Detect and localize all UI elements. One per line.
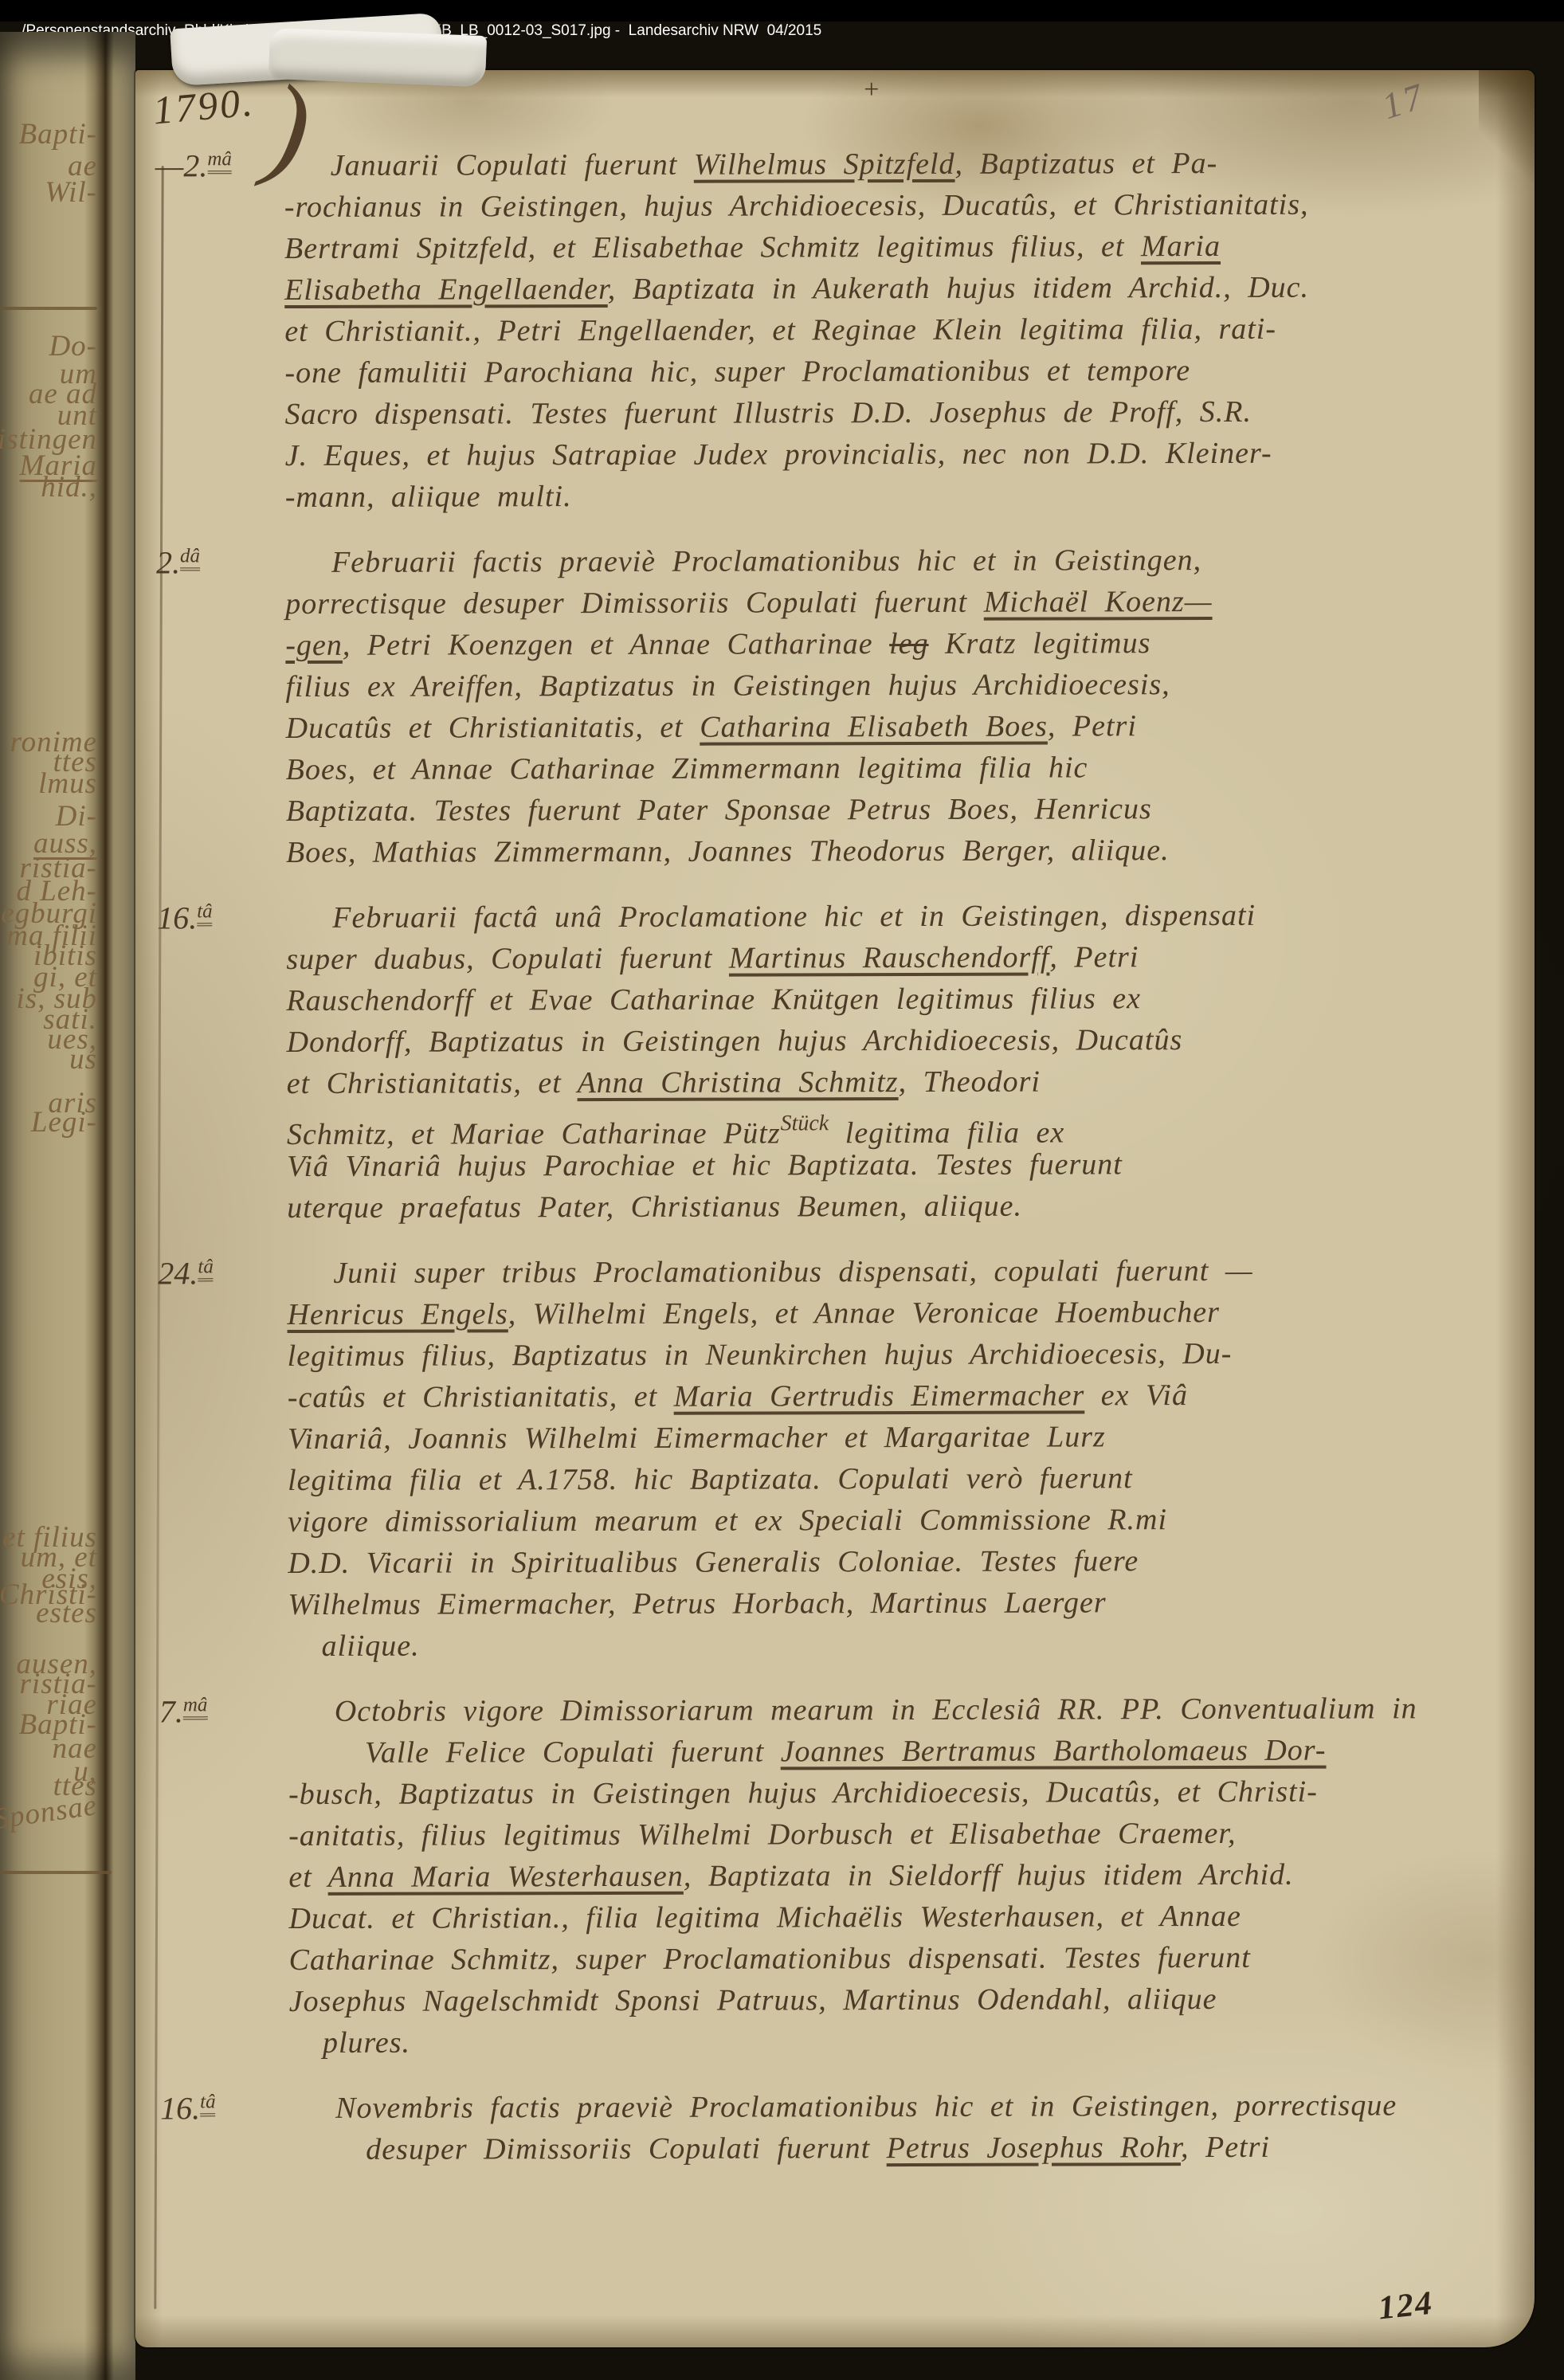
register-line: et Christianitatis, et Anna Christina Sc… [287, 1060, 1535, 1104]
entry-date-label: 7.mâ [159, 1692, 208, 1730]
register-line: Octobris vigore Dimissoriarum mearum in … [288, 1688, 1536, 1732]
register-line: Wilhelmus Eimermacher, Petrus Horbach, M… [288, 1581, 1535, 1625]
register-line: -rochianus in Geistingen, hujus Archidio… [284, 183, 1532, 228]
previous-page-text-fragment: Bapti- [19, 117, 97, 151]
register-line: plures. [289, 2019, 1537, 2064]
cross-mark: + [862, 75, 880, 105]
entry-date-label: 2.dâ [156, 543, 200, 581]
folio-number: 124 [1377, 2284, 1436, 2328]
register-line: Junii super tribus Proclamationibus disp… [287, 1249, 1535, 1294]
marriage-entry: 16.tâNovembris factis praeviè Proclamati… [289, 2084, 1537, 2170]
register-line: et Anna Maria Westerhausen, Baptizata in… [288, 1853, 1536, 1898]
register-line: Januarii Copulati fuerunt Wilhelmus Spit… [284, 142, 1532, 186]
register-line: J. Eques, et hujus Satrapiae Judex provi… [285, 432, 1533, 476]
register-line: Ducat. et Christian., filia legitima Mic… [288, 1895, 1536, 1939]
register-line: Ducatûs et Christianitatis, et Catharina… [286, 704, 1534, 749]
register-line: -one famulitii Parochiana hic, super Pro… [284, 349, 1532, 394]
register-line: super duabus, Copulati fuerunt Martinus … [286, 935, 1534, 980]
register-line: Sacro dispensati. Testes fuerunt Illustr… [284, 390, 1532, 435]
register-line: vigore dimissorialium mearum et ex Speci… [288, 1498, 1535, 1543]
entry-date-label: —2.mâ [155, 147, 232, 184]
register-line: Februarii factis praeviè Proclamationibu… [285, 539, 1533, 583]
register-line: legitima filia et A.1758. hic Baptizata.… [288, 1457, 1535, 1501]
register-line: D.D. Vicarii in Spiritualibus Generalis … [288, 1539, 1535, 1584]
register-line: Februarii factâ unâ Proclamatione hic et… [286, 894, 1534, 939]
viewer-titlebar: /Personenstandsarchiv_Rhld/Kirchenbueche… [0, 0, 1564, 22]
register-line: Dondorff, Baptizatus in Geistingen hujus… [287, 1018, 1535, 1063]
cloth-fragment [269, 28, 487, 87]
entries: —2.mâJanuarii Copulati fuerunt Wilhelmus… [284, 142, 1538, 2170]
register-line: Catharinae Schmitz, super Proclamationib… [289, 1936, 1537, 1981]
previous-page-text-fragment: Wil- [45, 175, 97, 210]
register-line: Rauschendorff et Evae Catharinae Knütgen… [286, 977, 1534, 1021]
register-line: filius ex Areiffen, Baptizatus in Geisti… [285, 663, 1533, 708]
marriage-entry: 16.tâFebruarii factâ unâ Proclamatione h… [286, 894, 1535, 1229]
marriage-entry: 7.mâOctobris vigore Dimissoriarum mearum… [288, 1688, 1537, 2064]
register-line: porrectisque desuper Dimissoriis Copulat… [285, 580, 1533, 625]
register-line: -catûs et Christianitatis, et Maria Gert… [288, 1374, 1535, 1418]
entry-date-label: 16.tâ [160, 2089, 216, 2127]
register-line: Boes, et Annae Catharinae Zimmermann leg… [286, 746, 1534, 790]
register-line: aliique. [288, 1622, 1536, 1667]
entry-date-label: 24.tâ [158, 1254, 214, 1292]
previous-page-edge: Bapti-aeWil-Do-umae aduntistingenMariahi… [0, 32, 135, 2380]
marriage-entry: —2.mâJanuarii Copulati fuerunt Wilhelmus… [284, 142, 1533, 518]
archive-scan-viewer: /Personenstandsarchiv_Rhld/Kirchenbueche… [0, 0, 1564, 2380]
register-line: uterque praefatus Pater, Christianus Beu… [287, 1184, 1535, 1229]
previous-page-text-fragment: lmus [38, 767, 97, 801]
previous-page-rule [0, 1871, 112, 1874]
year-heading: 1790. [151, 79, 257, 134]
previous-page-text-fragment: us [69, 1042, 97, 1076]
register-line: -anitatis, filius legitimus Wilhelmi Dor… [288, 1812, 1536, 1857]
page-fold-line [154, 166, 163, 2309]
register-line: Bertrami Spitzfeld, et Elisabethae Schmi… [284, 225, 1532, 269]
marriage-entry: 2.dâFebruarii factis praeviè Proclamatio… [285, 539, 1534, 873]
register-line: Henricus Engels, Wilhelmi Engels, et Ann… [287, 1291, 1535, 1335]
entry-date-label: 16.tâ [157, 899, 213, 936]
register-line: et Christianit., Petri Engellaender, et … [284, 308, 1532, 352]
register-line: Novembris factis praeviè Proclamationibu… [289, 2084, 1537, 2129]
register-line: Vinariâ, Joannis Wilhelmi Eimermacher et… [288, 1415, 1535, 1460]
register-line: -mann, aliique multi. [285, 473, 1533, 518]
register-line: -busch, Baptizatus in Geistingen hujus A… [288, 1770, 1536, 1815]
register-line: Elisabetha Engellaender, Baptizata in Au… [284, 266, 1532, 311]
previous-page-text-fragment: estes [36, 1596, 97, 1630]
register-line: Baptizata. Testes fuerunt Pater Sponsae … [286, 787, 1534, 832]
register-line: Boes, Mathias Zimmermann, Joannes Theodo… [286, 829, 1534, 873]
previous-page-text-fragment: Sponsae [0, 1788, 99, 1837]
previous-page-rule [0, 307, 97, 310]
previous-page-text-fragment: hid., [41, 470, 97, 504]
register-line: legitimus filius, Baptizatus in Neunkirc… [288, 1332, 1535, 1377]
register-page: 1790. ) + 17 124 —2.mâJanuarii Copulati … [135, 70, 1535, 2347]
register-line: -gen, Petri Koenzgen et Annae Catharinae… [285, 621, 1533, 666]
marriage-entry: 24.tâJunii super tribus Proclamationibus… [287, 1249, 1535, 1667]
register-line: desuper Dimissoriis Copulati fuerunt Pet… [289, 2126, 1537, 2170]
register-line: Viâ Vinariâ hujus Parochiae et hic Bapti… [287, 1143, 1535, 1187]
register-line: Josephus Nagelschmidt Sponsi Patruus, Ma… [289, 1978, 1537, 2022]
register-line: Schmitz, et Mariae Catharinae PützStück … [287, 1101, 1535, 1146]
register-line: Valle Felice Copulati fuerunt Joannes Be… [288, 1729, 1536, 1774]
previous-page-text-fragment: Legi- [31, 1105, 97, 1139]
pencil-page-number: 17 [1377, 74, 1431, 127]
